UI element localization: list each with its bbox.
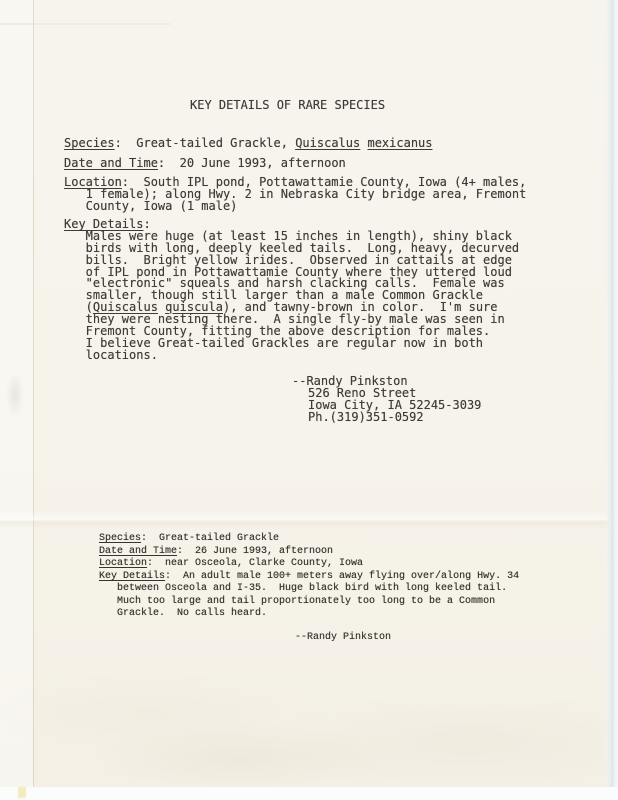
note1-body-line: locations. xyxy=(64,349,158,361)
note2-signature-name: --Randy Pinkston xyxy=(295,632,391,643)
document-title: KEY DETAILS OF RARE SPECIES xyxy=(190,99,385,111)
note1-date-line: Date and Time: 20 June 1993, afternoon xyxy=(64,157,346,169)
paper-fold-line xyxy=(33,0,34,787)
note2-keydetails-line: Key Details: An adult male 100+ meters a… xyxy=(99,571,519,582)
note1-species-line: Species: Great-tailed Grackle, Quiscalus… xyxy=(64,137,433,149)
paper-right-edge-shadow xyxy=(602,0,618,787)
ink-smudge xyxy=(2,360,28,430)
note2-body-line: Grackle. No calls heard. xyxy=(99,608,267,619)
note2-body-line: Much too large and tail proportionately … xyxy=(99,596,495,607)
document-page: KEY DETAILS OF RARE SPECIES Species: Gre… xyxy=(0,0,618,787)
note1-location-line-3: County, Iowa (1 male) xyxy=(64,200,237,212)
paper-crease xyxy=(0,511,618,529)
paper-bottom-mark xyxy=(18,787,26,798)
note2-location-line: Location: near Osceola, Clarke County, I… xyxy=(99,558,363,569)
paper-top-streak xyxy=(0,23,170,25)
note1-signature-phone: Ph.(319)351-0592 xyxy=(308,411,424,423)
note2-body-line: between Osceola and I-35. Huge black bir… xyxy=(99,583,507,594)
note2-date-line: Date and Time: 26 June 1993, afternoon xyxy=(99,546,333,557)
note2-species-line: Species: Great-tailed Grackle xyxy=(99,533,279,544)
